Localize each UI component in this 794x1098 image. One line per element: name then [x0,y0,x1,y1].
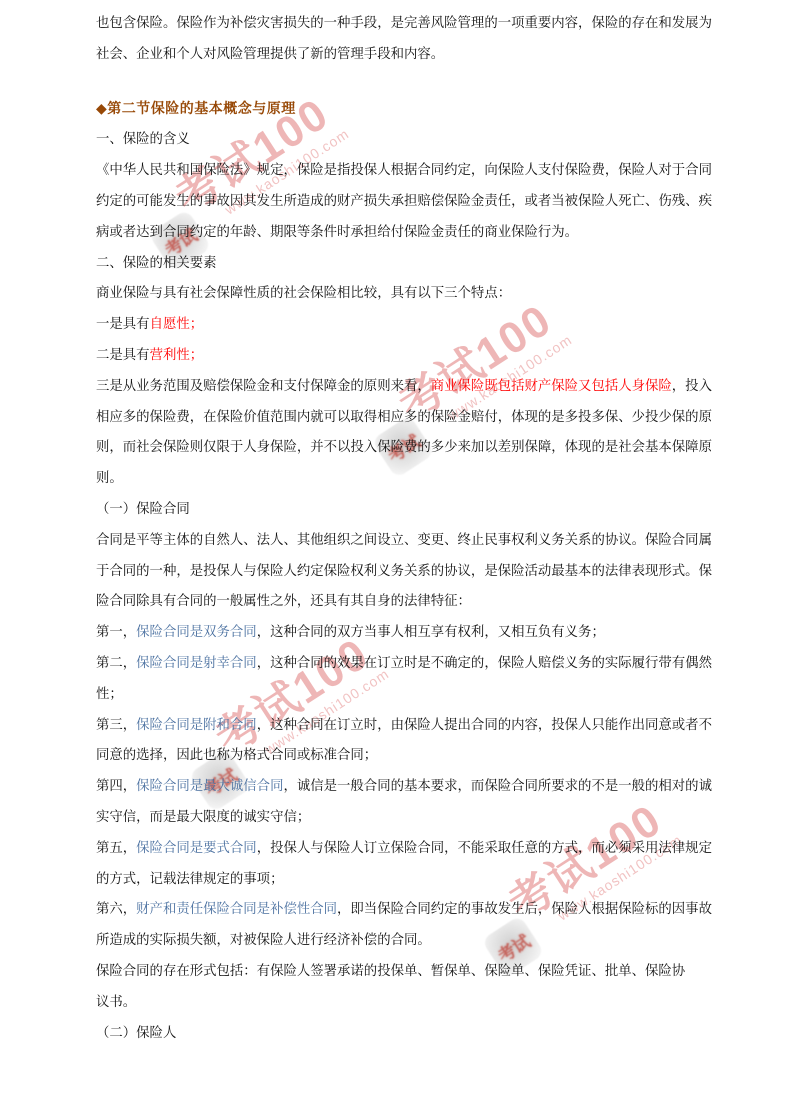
text-line: 则，而社会保险则仅限于人身保险，并不以投入保险费的多少来加以差别保障，体现的是社… [96,432,718,463]
text-segment: ，这种合同在订立时，由保险人提出合同的内容，投保人只能作出同意或者不 [257,717,712,732]
text-segment: 《中华人民共和国保险法》规定，保险是指投保人根据合同约定，向保险人支付保险费，保… [96,162,712,177]
text-segment: 保险合同是附和合同 [136,717,257,732]
text-line: 第一，保险合同是双务合同，这种合同的双方当事人相互享有权利，又相互负有义务； [96,617,718,648]
text-segment: 三是从业务范围及赔偿保险金和支付保障金的原则来看， [96,378,431,393]
text-segment: 第一， [96,624,136,639]
text-line: 则。 [96,463,718,494]
text-segment: ◆第二节保险的基本概念与原理 [96,100,296,116]
section-heading: ◆第二节保险的基本概念与原理 [96,93,718,125]
text-segment: 二、保险的相关要素 [96,255,217,270]
text-segment: 财产和责任保险合同是补偿性合同 [136,901,337,916]
text-line: 第五，保险合同是要式合同，投保人与保险人订立保险合同，不能采取任意的方式，而必须… [96,833,718,864]
text-line: 同意的选择，因此也称为格式合同或标准合同； [96,740,718,771]
text-segment: 险合同除具有合同的一般属性之外，还具有其自身的法律特征： [96,593,471,608]
text-segment: ，这种合同的效果在订立时是不确定的，保险人赔偿义务的实际履行带有偶然 [257,655,712,670]
text-line: 保险合同的存在形式包括：有保险人签署承诺的投保单、暂保单、保险单、保险凭证、批单… [96,956,718,987]
text-segment: 二是具有 [96,347,150,362]
text-segment: 一、保险的含义 [96,131,190,146]
text-line: 商业保险与具有社会保障性质的社会保险相比较，具有以下三个特点： [96,278,718,309]
text-segment: 第六， [96,901,136,916]
text-line: 二、保险的相关要素 [96,248,718,279]
text-segment: 商业保险既包括财产保险又包括人身保险 [431,378,672,393]
text-segment: 第三， [96,717,136,732]
text-segment: ，投入 [672,378,712,393]
text-line: 一、保险的含义 [96,124,718,155]
text-segment: 议书。 [96,994,136,1009]
text-line: 第六，财产和责任保险合同是补偿性合同，即当保险合同约定的事故发生后，保险人根据保… [96,894,718,925]
text-line: 第二，保险合同是射幸合同，这种合同的效果在订立时是不确定的，保险人赔偿义务的实际… [96,648,718,679]
text-segment: 保险合同的存在形式包括：有保险人签署承诺的投保单、暂保单、保险单、保险凭证、批单… [96,963,685,978]
text-line: 所造成的实际损失额，对被保险人进行经济补偿的合同。 [96,925,718,956]
text-segment: 自愿性； [150,316,204,331]
text-segment: 一是具有 [96,316,150,331]
text-line: 实守信，而是最大限度的诚实守信； [96,802,718,833]
text-line: 于合同的一种，是投保人与保险人约定保险权利义务关系的协议，是保险活动最基本的法律… [96,556,718,587]
text-line: 第三，保险合同是附和合同，这种合同在订立时，由保险人提出合同的内容，投保人只能作… [96,710,718,741]
text-line: （二）保险人 [96,1018,718,1049]
text-segment: 第四， [96,778,136,793]
text-segment: ，这种合同的双方当事人相互享有权利，又相互负有义务； [257,624,605,639]
text-segment: 于合同的一种，是投保人与保险人约定保险权利义务关系的协议，是保险活动最基本的法律… [96,563,712,578]
text-line: 议书。 [96,987,718,1018]
text-segment: 第二， [96,655,136,670]
text-segment: 社会、企业和个人对风险管理提供了新的管理手段和内容。 [96,46,444,61]
text-line: 病或者达到合同约定的年龄、期限等条件时承担给付保险金责任的商业保险行为。 [96,217,718,248]
text-line: 约定的可能发生的事故因其发生所造成的财产损失承担赔偿保险金责任，或者当被保险人死… [96,186,718,217]
text-segment: 保险合同是射幸合同 [136,655,257,670]
text-line: （一）保险合同 [96,494,718,525]
text-segment: 所造成的实际损失额，对被保险人进行经济补偿的合同。 [96,932,431,947]
text-segment: ，即当保险合同约定的事故发生后，保险人根据保险标的因事故 [337,901,712,916]
text-segment: 合同是平等主体的自然人、法人、其他组织之间设立、变更、终止民事权利义务关系的协议… [96,532,712,547]
text-segment: 实守信，而是最大限度的诚实守信； [96,809,310,824]
text-segment: 病或者达到合同约定的年龄、期限等条件时承担给付保险金责任的商业保险行为。 [96,224,578,239]
text-line: 的方式，记载法律规定的事项； [96,864,718,895]
text-segment: 性； [96,686,123,701]
text-line: 三是从业务范围及赔偿保险金和支付保障金的原则来看，商业保险既包括财产保险又包括人… [96,371,718,402]
text-segment: 营利性； [150,347,204,362]
text-line: 第四，保险合同是最大诚信合同，诚信是一般合同的基本要求，而保险合同所要求的不是一… [96,771,718,802]
text-segment: 同意的选择，因此也称为格式合同或标准合同； [96,747,377,762]
text-segment: 的方式，记载法律规定的事项； [96,871,283,886]
text-line: 《中华人民共和国保险法》规定，保险是指投保人根据合同约定，向保险人支付保险费，保… [96,155,718,186]
text-line: 性； [96,679,718,710]
text-segment: （一）保险合同 [96,501,190,516]
text-line: 相应多的保险费，在保险价值范围内就可以取得相应多的保险金赔付，体现的是多投多保、… [96,402,718,433]
text-segment: ，诚信是一般合同的基本要求，而保险合同所要求的不是一般的相对的诚 [283,778,712,793]
text-line: 二是具有营利性； [96,340,718,371]
text-line: 一是具有自愿性； [96,309,718,340]
text-line: 险合同除具有合同的一般属性之外，还具有其自身的法律特征： [96,586,718,617]
text-line: 合同是平等主体的自然人、法人、其他组织之间设立、变更、终止民事权利义务关系的协议… [96,525,718,556]
text-segment: 保险合同是双务合同 [136,624,257,639]
text-segment: （二）保险人 [96,1025,176,1040]
text-line: 社会、企业和个人对风险管理提供了新的管理手段和内容。 [96,39,718,70]
text-segment: ，投保人与保险人订立保险合同，不能采取任意的方式，而必须采用法律规定 [257,840,712,855]
document-page: 考试考试100www.kaoshi100.com考试考试100www.kaosh… [0,0,794,1098]
text-segment: 也包含保险。保险作为补偿灾害损失的一种手段，是完善风险管理的一项重要内容，保险的… [96,15,712,30]
text-segment: 则，而社会保险则仅限于人身保险，并不以投入保险费的多少来加以差别保障，体现的是社… [96,439,712,454]
text-line: 也包含保险。保险作为补偿灾害损失的一种手段，是完善风险管理的一项重要内容，保险的… [96,8,718,39]
text-segment: 则。 [96,470,123,485]
text-segment: 商业保险与具有社会保障性质的社会保险相比较，具有以下三个特点： [96,285,511,300]
content: 也包含保险。保险作为补偿灾害损失的一种手段，是完善风险管理的一项重要内容，保险的… [96,0,718,1048]
text-segment: 约定的可能发生的事故因其发生所造成的财产损失承担赔偿保险金责任，或者当被保险人死… [96,193,712,208]
text-segment: 保险合同是要式合同 [136,840,257,855]
text-segment: 保险合同是最大诚信合同 [136,778,283,793]
text-segment: 相应多的保险费，在保险价值范围内就可以取得相应多的保险金赔付，体现的是多投多保、… [96,409,712,424]
text-segment: 第五， [96,840,136,855]
